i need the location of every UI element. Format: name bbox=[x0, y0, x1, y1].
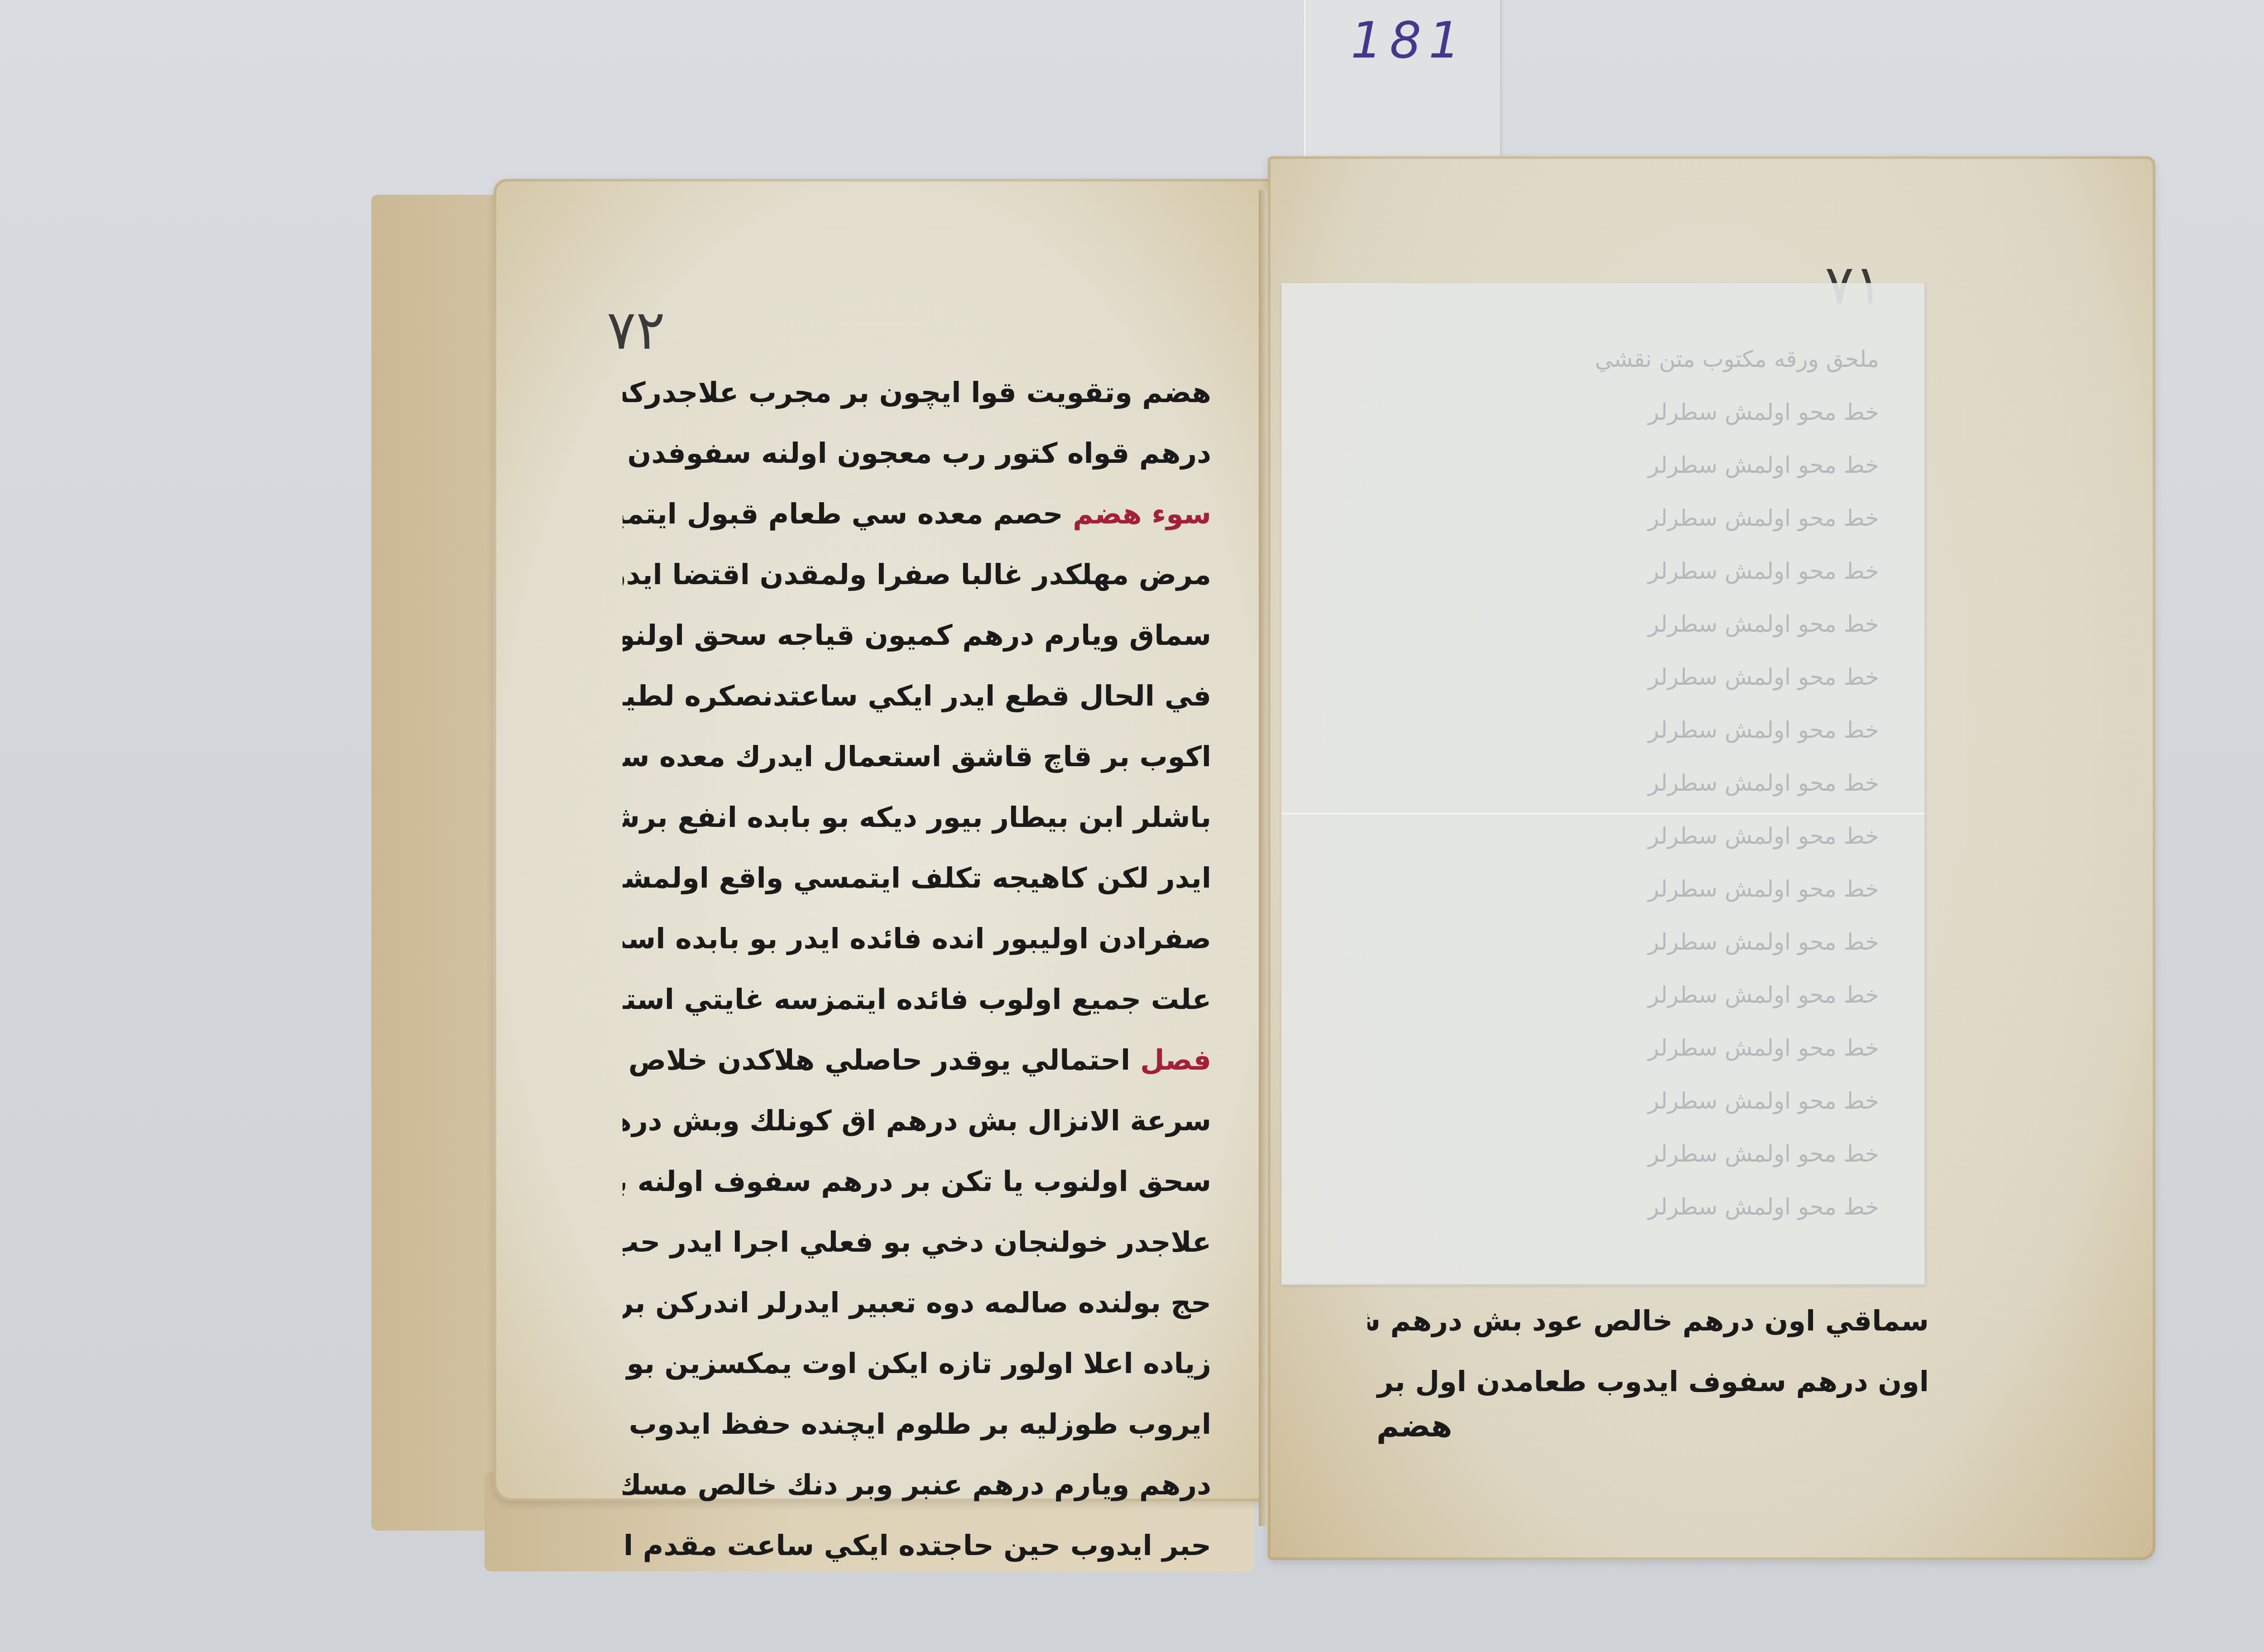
manuscript-line: ايروب طوزليه بر طلوم ايچنده حفظ ايدوب وق… bbox=[623, 1394, 1211, 1455]
line-text: ايدر لكن كاهيجه تكلف ايتمسي واقع اولمشدر… bbox=[623, 861, 1211, 894]
manuscript-line: سحق اولنوب يا تكن بر درهم سفوف اولنه بو … bbox=[623, 1151, 1211, 1212]
left-folio-number: ٧٢ bbox=[607, 299, 665, 362]
tissue-paper-overlay: ملحق ورقه مكتوب متن نقشيخط محو اولمش سطر… bbox=[1281, 283, 1926, 1285]
ghost-line: خط محو اولمش سطرلر bbox=[1336, 492, 1879, 545]
line-text: في الحال قطع ايدر ايكي ساعتدنصكره لطيف ش… bbox=[623, 679, 1211, 712]
ghost-line: خط محو اولمش سطرلر bbox=[1336, 863, 1879, 916]
archive-label-card: 181 bbox=[1304, 0, 1501, 172]
manuscript-line: سماقي اون درهم خالص عود بش درهم شام فستق… bbox=[1367, 1291, 1929, 1351]
line-text: زياده اعلا اولور تازه ايكن اوت يمكسزين ب… bbox=[623, 1347, 1211, 1380]
line-text: درهم ويارم درهم عنبر وبر دنك خالص مسك هن… bbox=[623, 1468, 1211, 1501]
manuscript-line: درهم قواه كتور رب معجون اولنه سفوفدن اعل… bbox=[623, 423, 1211, 484]
ghost-line: خط محو اولمش سطرلر bbox=[1336, 810, 1879, 863]
left-page-text: هضم وتقويت قوا ايچون بر مجرب علاجدرکه مع… bbox=[623, 362, 1211, 1576]
manuscript-line: حج بولنده صالمه دوه تعبير ايدرلر اندركن … bbox=[623, 1273, 1211, 1333]
ghost-line: خط محو اولمش سطرلر bbox=[1336, 651, 1879, 704]
line-text: علت جميع اولوب فائده ايتمزسه غايتي استفر… bbox=[623, 983, 1211, 1016]
line-text: باشلر ابن بيطار بيور ديكه بو بابده انفع … bbox=[623, 801, 1211, 834]
manuscript-line: اون درهم سفوف ايدوب طعامدن اول بر درهم ا… bbox=[1367, 1351, 1929, 1412]
line-text: صفرادن اوليبور انده فائده ايدر بو بابده … bbox=[623, 922, 1211, 955]
manuscript-line: علت جميع اولوب فائده ايتمزسه غايتي استفر… bbox=[623, 969, 1211, 1030]
ghost-line: خط محو اولمش سطرلر bbox=[1336, 1128, 1879, 1181]
manuscript-line: سوء هضم حصم معده سي طعام قبول ايتميوب قي… bbox=[623, 484, 1211, 544]
ghost-line: خط محو اولمش سطرلر bbox=[1336, 916, 1879, 969]
line-text: هضم وتقويت قوا ايچون بر مجرب علاجدرکه مع… bbox=[623, 376, 1211, 409]
manuscript-line: فصل احتمالي يوقدر حاصلي هلاكدن خلاص ايدر… bbox=[623, 1030, 1211, 1090]
manuscript-line: حبر ايدوب حين حاجتده ايكي ساعت مقدم ايكي… bbox=[623, 1515, 1211, 1576]
show-through-text: ملحق ورقه مكتوب متن نقشيخط محو اولمش سطر… bbox=[1336, 333, 1879, 1234]
manuscript-line: باشلر ابن بيطار بيور ديكه بو بابده انفع … bbox=[623, 787, 1211, 848]
ghost-line: خط محو اولمش سطرلر bbox=[1336, 386, 1879, 439]
line-text: سرعة الانزال بش درهم اق كونلك وبش درهم ب… bbox=[623, 1104, 1211, 1137]
line-text: علاجدر خولنجان دخي بو فعلي اجرا ايدر حب … bbox=[623, 1225, 1211, 1258]
manuscript-line: مرض مهلكدر غالبا صفرا ولمقدن اقتضا ايدر … bbox=[623, 544, 1211, 605]
line-text: سماق ويارم درهم كميون قياجه سحق اولنوب م… bbox=[623, 619, 1211, 652]
line-text: حبر ايدوب حين حاجتده ايكي ساعت مقدم ايكي… bbox=[623, 1529, 1211, 1562]
ghost-line: خط محو اولمش سطرلر bbox=[1336, 598, 1879, 651]
rubric-heading: سوء هضم bbox=[1063, 497, 1211, 530]
ghost-line: خط محو اولمش سطرلر bbox=[1336, 1181, 1879, 1234]
line-text: احتمالي يوقدر حاصلي هلاكدن خلاص ايدر برا… bbox=[623, 1043, 1130, 1076]
ghost-line: خط محو اولمش سطرلر bbox=[1336, 1075, 1879, 1128]
ghost-line: خط محو اولمش سطرلر bbox=[1336, 969, 1879, 1022]
manuscript-line: درهم ويارم درهم عنبر وبر دنك خالص مسك هن… bbox=[623, 1455, 1211, 1515]
catchword: هضم bbox=[1377, 1408, 1452, 1444]
manuscript-line: في الحال قطع ايدر ايكي ساعتدنصكره لطيف ش… bbox=[623, 666, 1211, 726]
line-text: ايروب طوزليه بر طلوم ايچنده حفظ ايدوب وق… bbox=[623, 1407, 1211, 1441]
archive-number: 181 bbox=[1351, 11, 1468, 69]
line-text: حج بولنده صالمه دوه تعبير ايدرلر اندركن … bbox=[623, 1286, 1211, 1319]
manuscript-line: هضم وتقويت قوا ايچون بر مجرب علاجدرکه مع… bbox=[623, 362, 1211, 423]
manuscript-line: سرعة الانزال بش درهم اق كونلك وبش درهم ب… bbox=[623, 1090, 1211, 1151]
line-text: سحق اولنوب يا تكن بر درهم سفوف اولنه بو … bbox=[623, 1165, 1211, 1198]
manuscript-line: زياده اعلا اولور تازه ايكن اوت يمكسزين ب… bbox=[623, 1333, 1211, 1394]
ghost-line: خط محو اولمش سطرلر bbox=[1336, 545, 1879, 598]
ghost-line: خط محو اولمش سطرلر bbox=[1336, 439, 1879, 492]
line-text: مرض مهلكدر غالبا صفرا ولمقدن اقتضا ايدر … bbox=[623, 558, 1211, 591]
manuscript-line: اكوب بر قاچ قاشق استعمال ايدرك معده سي ط… bbox=[623, 726, 1211, 787]
manuscript-line: ايدر لكن كاهيجه تكلف ايتمسي واقع اولمشدر… bbox=[623, 848, 1211, 908]
ghost-line: ملحق ورقه مكتوب متن نقشي bbox=[1336, 333, 1879, 386]
line-text: درهم قواه كتور رب معجون اولنه سفوفدن اعل… bbox=[623, 437, 1211, 470]
ghost-line: خط محو اولمش سطرلر bbox=[1336, 757, 1879, 810]
line-text: اكوب بر قاچ قاشق استعمال ايدرك معده سي ط… bbox=[623, 740, 1211, 773]
ghost-line: خط محو اولمش سطرلر bbox=[1336, 704, 1879, 757]
ghost-line: خط محو اولمش سطرلر bbox=[1336, 1022, 1879, 1075]
right-page-visible-text: سماقي اون درهم خالص عود بش درهم شام فستق… bbox=[1367, 1291, 1929, 1412]
line-text: حصم معده سي طعام قبول ايتميوب قي ايدن كم… bbox=[623, 497, 1063, 530]
manuscript-line: علاجدر خولنجان دخي بو فعلي اجرا ايدر حب … bbox=[623, 1212, 1211, 1273]
manuscript-line: صفرادن اوليبور انده فائده ايدر بو بابده … bbox=[623, 908, 1211, 969]
rubric-heading: فصل bbox=[1130, 1043, 1211, 1076]
manuscript-line: سماق ويارم درهم كميون قياجه سحق اولنوب م… bbox=[623, 605, 1211, 666]
